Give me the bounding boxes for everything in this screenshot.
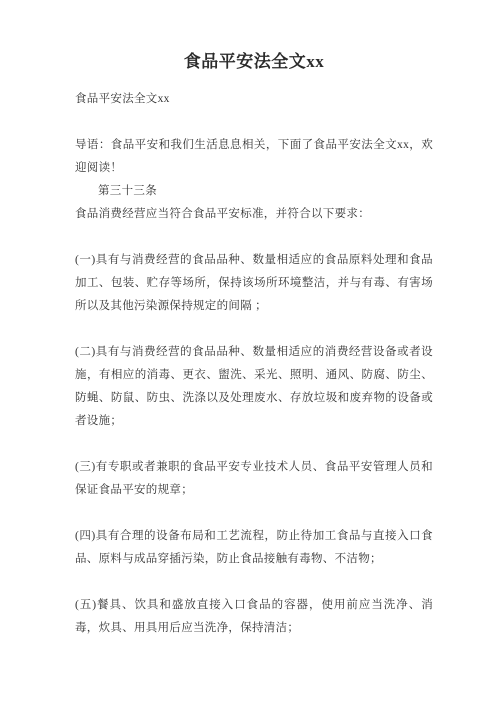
paragraph: 第三十三条 xyxy=(75,180,433,203)
paragraph: 食品平安法全文xx xyxy=(75,88,433,111)
document-title: 食品平安法全文xx xyxy=(75,50,433,73)
paragraph: (一)具有与消费经营的食品品种、数量相适应的食品原料处理和食品加工、包装、贮存等… xyxy=(75,249,433,318)
paragraph: (三)有专职或者兼职的食品平安专业技术人员、食品平安管理人员和保证食品平安的规章… xyxy=(75,456,433,502)
paragraph: 导语：食品平安和我们生活息息相关，下面了食品平安法全文xx，欢迎阅读！ xyxy=(75,134,433,180)
document-page: 食品平安法全文xx 食品平安法全文xx导语：食品平安和我们生活息息相关，下面了食… xyxy=(0,0,500,707)
document-body: 食品平安法全文xx导语：食品平安和我们生活息息相关，下面了食品平安法全文xx，欢… xyxy=(75,88,433,640)
paragraph: 食品消费经营应当符合食品平安标准，并符合以下要求： xyxy=(75,203,433,226)
paragraph: (二)具有与消费经营的食品品种、数量相适应的消费经营设备或者设施，有相应的消毒、… xyxy=(75,341,433,433)
paragraph: (五)餐具、饮具和盛放直接入口食品的容器，使用前应当洗净、消毒，炊具、用具用后应… xyxy=(75,594,433,640)
paragraph: (四)具有合理的设备布局和工艺流程，防止待加工食品与直接入口食品、原料与成品穿插… xyxy=(75,525,433,571)
